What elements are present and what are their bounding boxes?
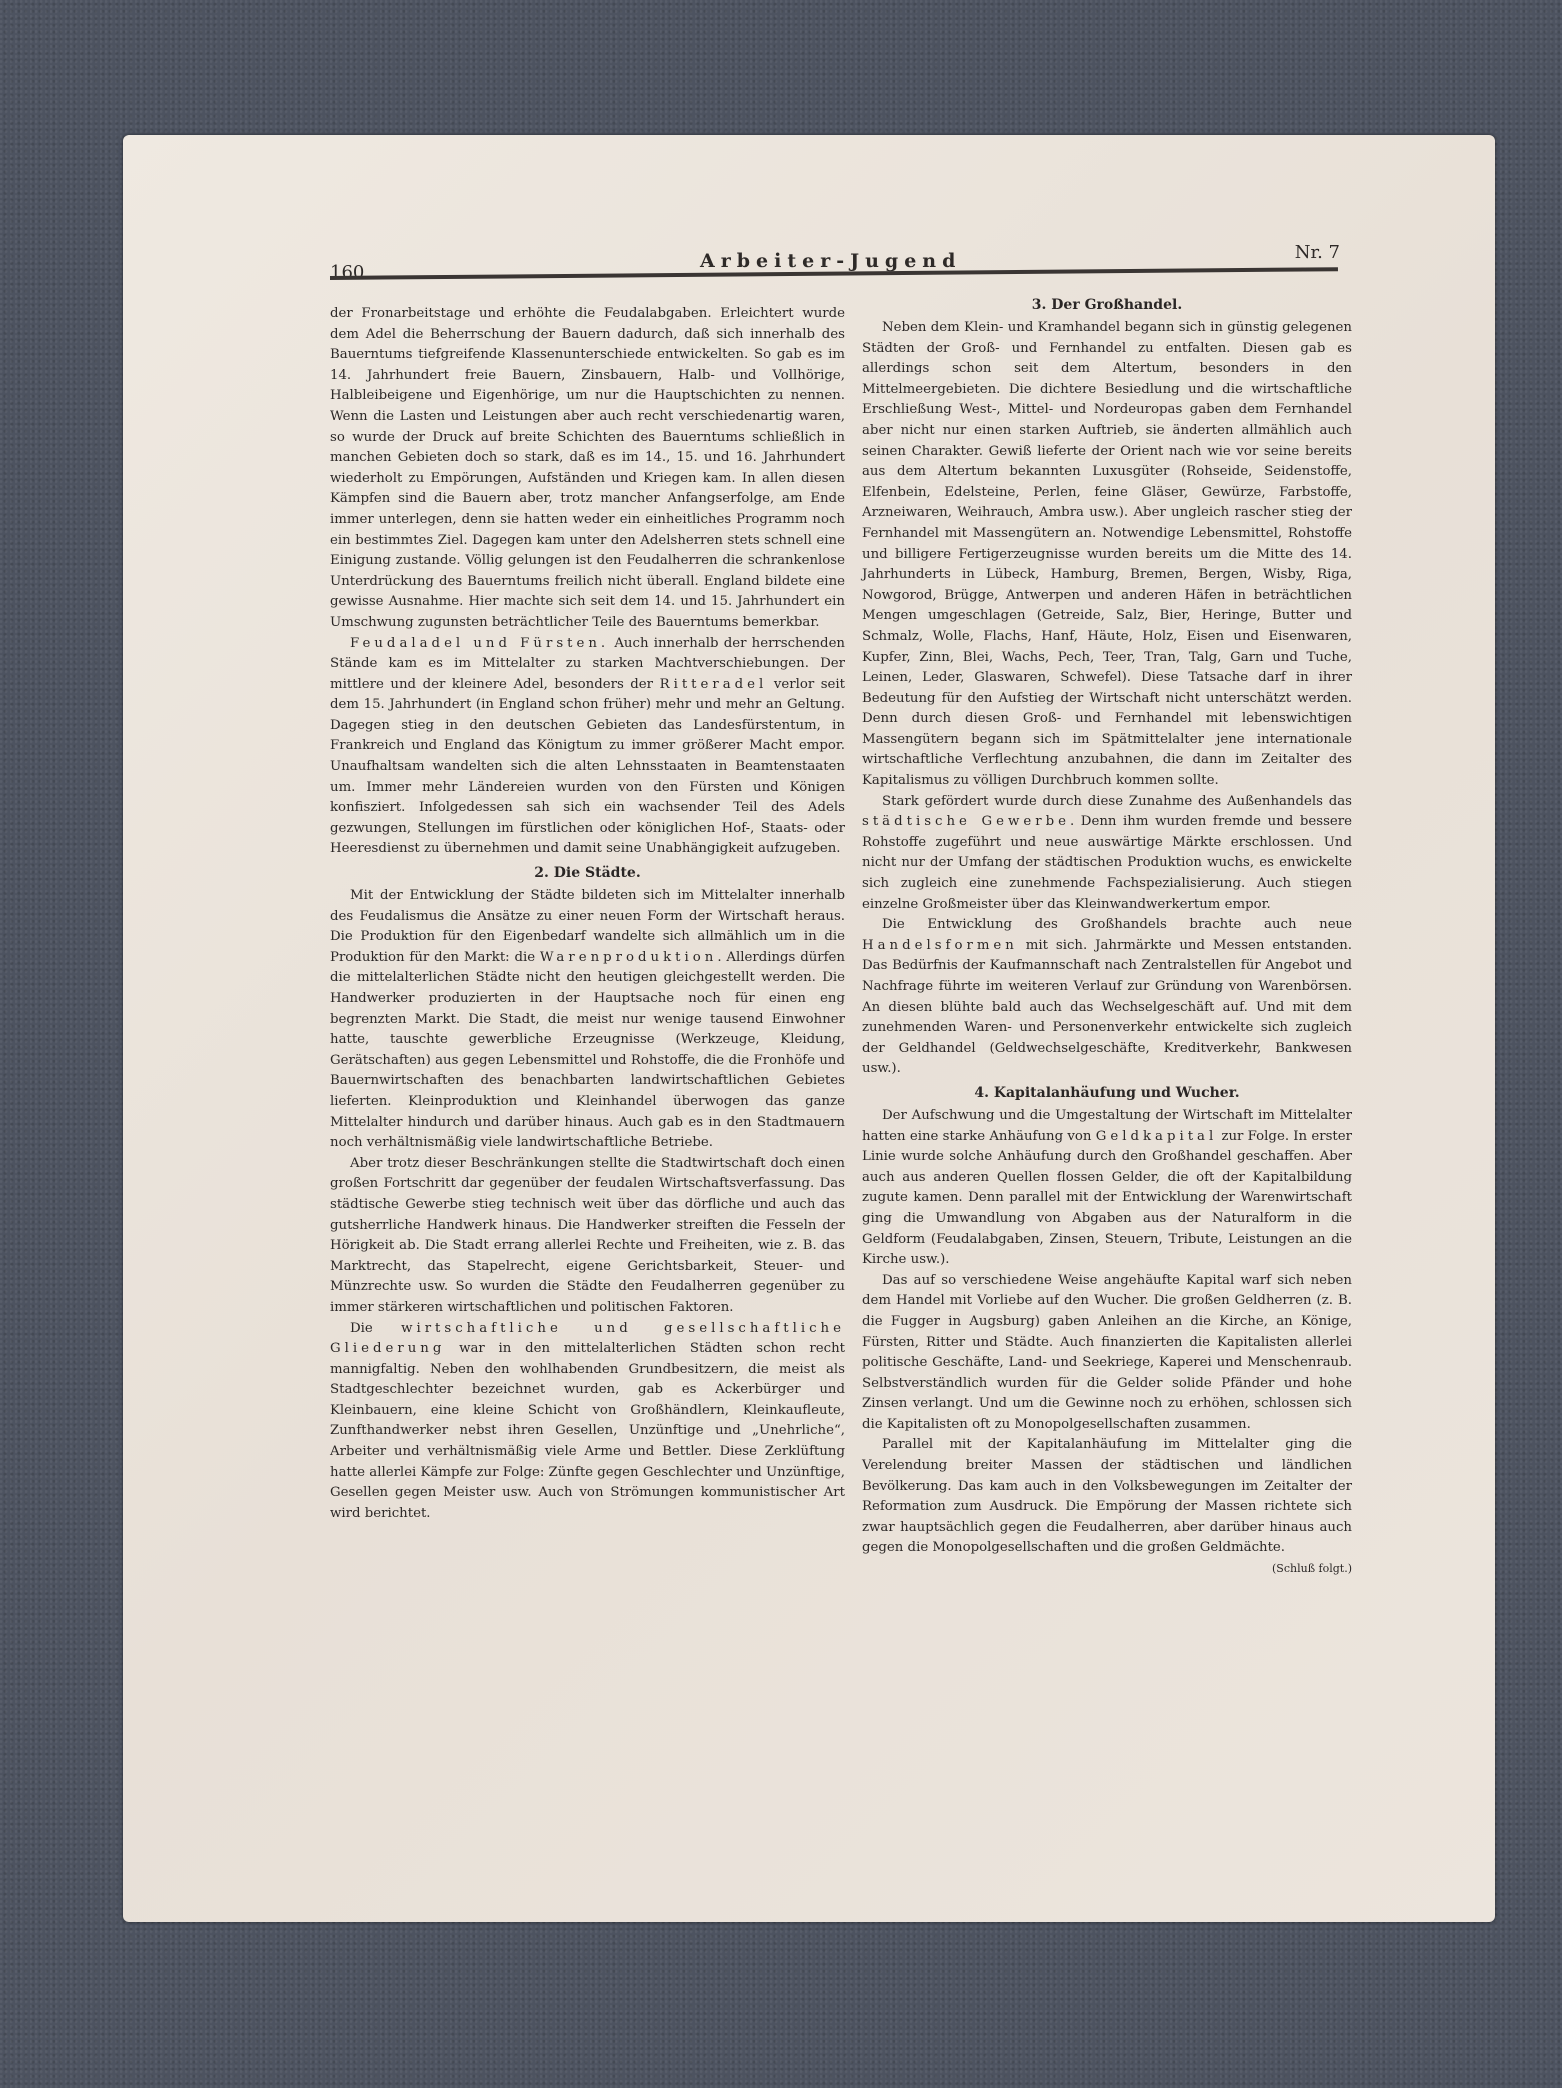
paragraph: Neben dem Klein- und Kramhandel begann s…	[862, 318, 1352, 792]
spaced-term: Warenproduktion	[540, 950, 717, 965]
issue-number: Nr. 7	[1295, 242, 1340, 263]
left-column: der Fronarbeitstage und erhöhte die Feud…	[330, 304, 845, 1524]
paragraph: Feudaladel und Fürsten. Auch innerhalb d…	[330, 634, 845, 861]
paragraph: Mit der Entwicklung der Städte bildeten …	[330, 886, 845, 1154]
spaced-term: Geldkapital	[1096, 1129, 1218, 1144]
paragraph: der Fronarbeitstage und erhöhte die Feud…	[330, 304, 845, 634]
section-heading: 3. Der Großhandel.	[862, 294, 1352, 316]
right-column: 3. Der Großhandel. Neben dem Klein- und …	[862, 292, 1352, 1580]
spaced-term: städtische Gewerbe	[862, 814, 1070, 829]
section-heading: 2. Die Städte.	[330, 862, 845, 884]
spaced-term: Handelsformen	[862, 938, 1018, 953]
paragraph: Stark gefördert wurde durch diese Zunahm…	[862, 792, 1352, 916]
journal-title: Arbeiter-Jugend	[700, 250, 961, 272]
paragraph: Der Aufschwung und die Umgestaltung der …	[862, 1106, 1352, 1271]
spaced-term: Feudaladel und Fürsten.	[350, 636, 609, 651]
paragraph: Die wirtschaftliche und gesellschaftlich…	[330, 1319, 845, 1525]
paragraph: Aber trotz dieser Beschränkungen stellte…	[330, 1154, 845, 1319]
paragraph: Das auf so verschiedene Weise angehäufte…	[862, 1271, 1352, 1436]
paragraph: Die Entwicklung des Großhandels brachte …	[862, 915, 1352, 1080]
section-heading: 4. Kapitalanhäufung und Wucher.	[862, 1082, 1352, 1104]
continued-note: (Schluß folgt.)	[862, 1559, 1352, 1580]
spaced-term: Ritteradel	[660, 677, 768, 692]
paragraph: Parallel mit der Kapitalanhäufung im Mit…	[862, 1435, 1352, 1559]
